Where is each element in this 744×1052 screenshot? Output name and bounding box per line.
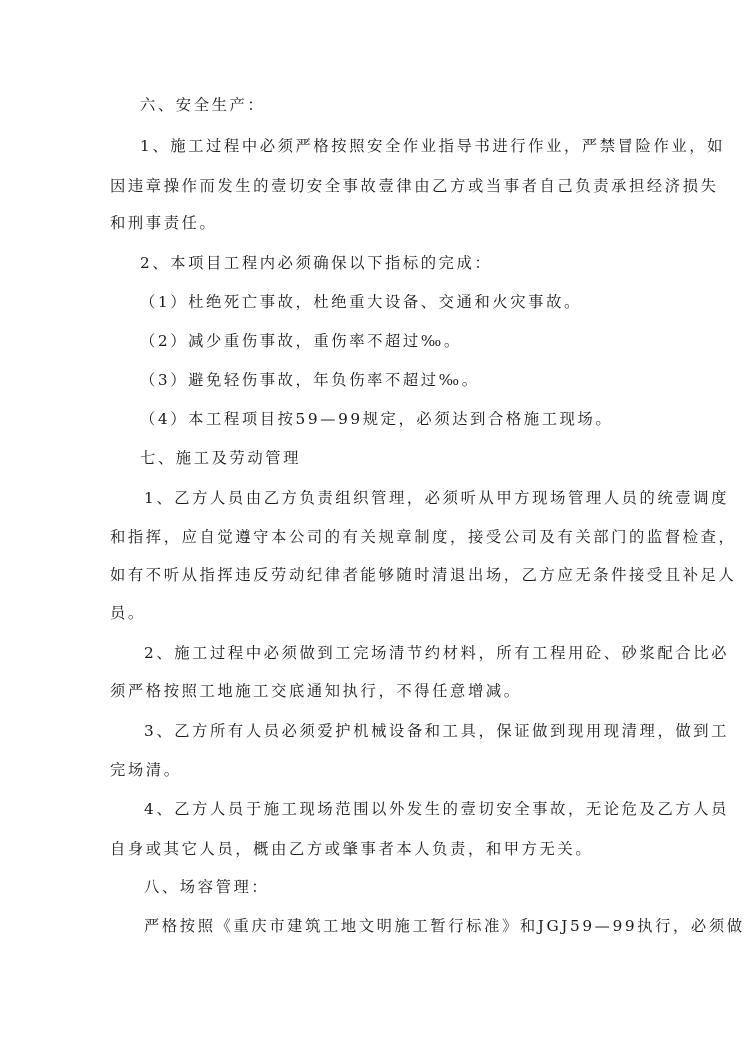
section-heading-labor: 七、施工及劳动管理 (140, 448, 301, 468)
paragraph-line: 严格按照《重庆市建筑工地文明施工暂行标准》和JGJ59—99执行，必须做 (144, 916, 744, 936)
paragraph-line: 因违章操作而发生的壹切安全事故壹律由乙方或当事者自己负责承担经济损失 (110, 176, 719, 196)
document-page: 六、安全生产： 1、施工过程中必须严格按照安全作业指导书进行作业，严禁冒险作业，… (0, 0, 744, 1052)
paragraph-line: 须严格按照工地施工交底通知执行，不得任意增减。 (110, 681, 522, 701)
section-heading-site: 八、场容管理： (144, 877, 269, 897)
paragraph-line: 1、施工过程中必须严格按照安全作业指导书进行作业，严禁冒险作业，如 (140, 136, 725, 156)
paragraph-line: 和刑事责任。 (110, 213, 217, 233)
section-heading-safety: 六、安全生产： (140, 95, 265, 115)
paragraph-line: 完场清。 (110, 760, 182, 780)
paragraph-line: 4、乙方人员于施工现场范围以外发生的壹切安全事故，无论危及乙方人员 (144, 799, 729, 819)
list-item: （4）本工程项目按59—99规定，必须达到合格施工现场。 (140, 409, 613, 429)
paragraph-line: 3、乙方所有人员必须爱护机械设备和工具，保证做到现用现清理，做到工 (144, 721, 729, 741)
paragraph-line: 2、本项目工程内必须确保以下指标的完成： (140, 253, 492, 273)
paragraph-line: 如有不听从指挥违反劳动纪律者能够随时清退出场，乙方应无条件接受且补足人 (110, 565, 736, 585)
list-item: （1）杜绝死亡事故，杜绝重大设备、交通和火灾事故。 (140, 292, 582, 312)
list-item: （3）避免轻伤事故，年负伤率不超过‰。 (140, 370, 480, 390)
list-item: （2）减少重伤事故，重伤率不超过‰。 (140, 331, 462, 351)
paragraph-line: 员。 (110, 603, 146, 623)
paragraph-line: 2、施工过程中必须做到工完场清节约材料，所有工程用砼、砂浆配合比必 (144, 643, 729, 663)
paragraph-line: 和指挥，应自觉遵守本公司的有关规章制度，接受公司及有关部门的监督检查， (110, 527, 736, 547)
paragraph-line: 1、乙方人员由乙方负责组织管理，必须听从甲方现场管理人员的统壹调度 (144, 488, 729, 508)
paragraph-line: 自身或其它人员，概由乙方或肇事者本人负责，和甲方无关。 (110, 839, 593, 859)
